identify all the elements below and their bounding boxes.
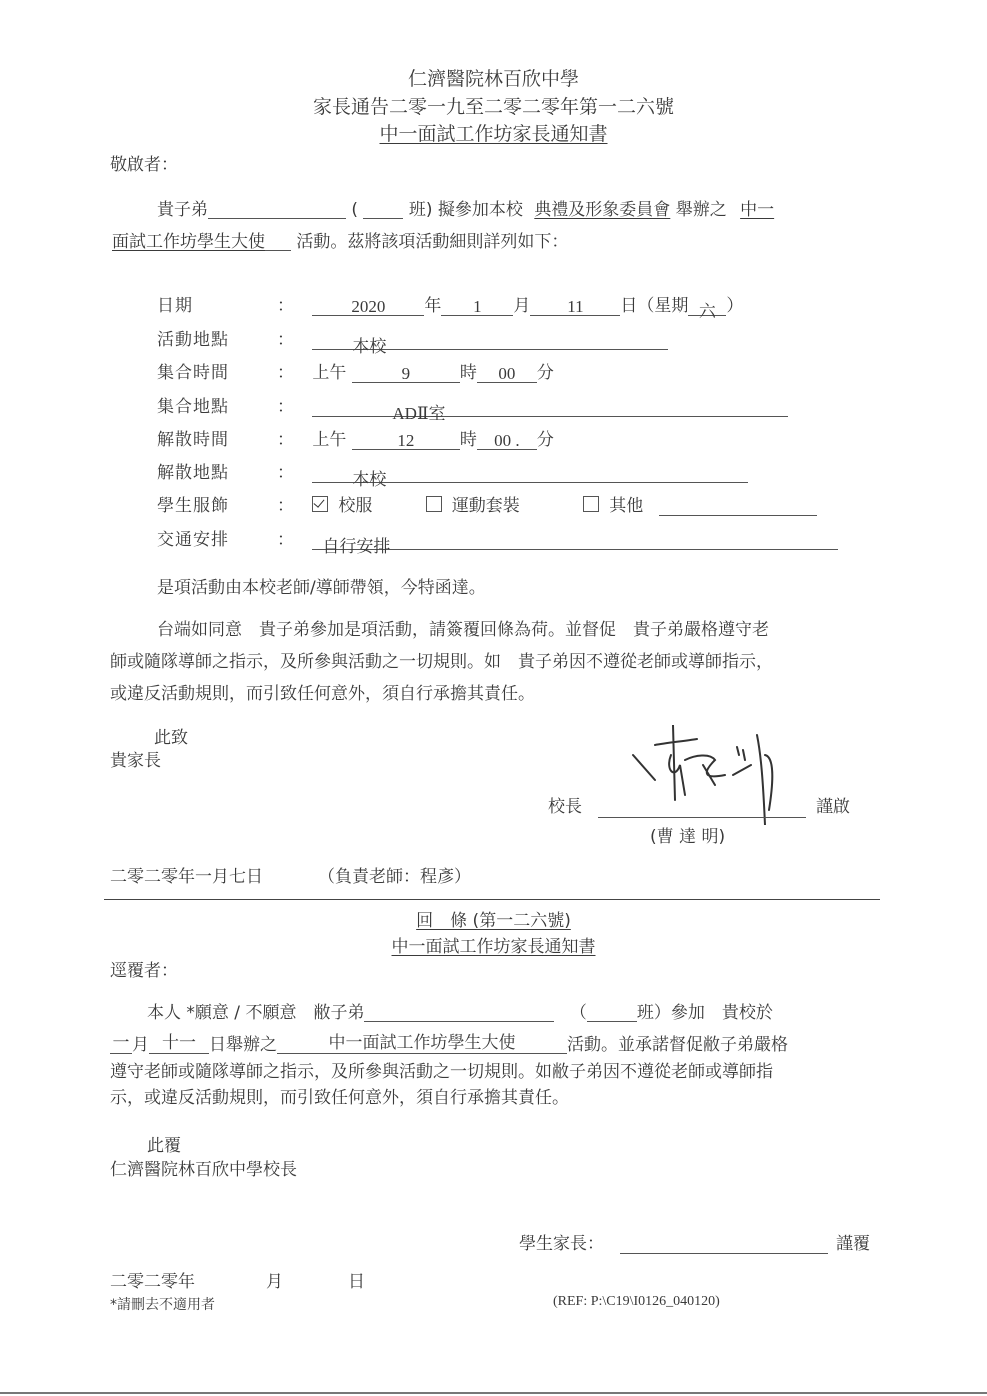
- tear-off-divider: [104, 899, 880, 900]
- reply-greeting: 逕覆者：: [110, 963, 178, 980]
- activity-blank: [265, 232, 291, 251]
- reply-line-2-rest: 活動。並承諾督促敝子弟嚴格: [567, 1035, 788, 1055]
- checkbox-checked-icon[interactable]: [312, 496, 328, 512]
- reply-class-suffix: 班）參加 貴校於: [637, 1003, 773, 1023]
- colon: ：: [277, 458, 307, 483]
- reply-title: 回 條 (第一二六號): [0, 913, 987, 930]
- year-unit: 年: [424, 296, 441, 316]
- reply-subtitle: 中一面試工作坊家長通知書: [0, 939, 987, 956]
- assembly-minute[interactable]: 00: [477, 364, 537, 383]
- date-close: ）: [726, 296, 743, 316]
- school-name: 仁濟醫院林百欣中學: [0, 70, 987, 89]
- hour-unit: 時: [460, 430, 477, 450]
- notice-date: 二零二零年一月七日: [110, 869, 263, 886]
- venue-label: 活動地點: [157, 325, 277, 350]
- principal-signature-icon: [625, 725, 795, 825]
- colon: ：: [277, 525, 307, 550]
- reply-line-1: 本人 *願意 / 不願意 敝子弟 （班）參加 貴校於: [147, 1003, 773, 1022]
- organizer: 典禮及形象委員會: [534, 200, 670, 220]
- attire-option-sportswear[interactable]: 運動套裝: [426, 496, 520, 516]
- assembly-hour[interactable]: 9: [352, 364, 460, 383]
- intro-prefix: 貴子弟: [157, 200, 208, 220]
- reply-day-unit: 日舉辦之: [209, 1035, 277, 1055]
- minute-unit: 分: [537, 430, 554, 450]
- date-year[interactable]: 2020: [312, 297, 424, 316]
- body-paragraph-2-line-2: 師或隨隊導師之指示，及所參與活動之一切規則。如 貴子弟因不遵從老師或導師指示，: [110, 654, 773, 671]
- detail-dismissal-place: 解散地點： 本校: [157, 458, 748, 483]
- detail-assembly-time: 集合時間： 上午 9時00分: [157, 358, 554, 383]
- colon: ：: [277, 392, 307, 417]
- assembly-time-label: 集合時間: [157, 358, 277, 383]
- closing-addressee: 貴家長: [110, 753, 161, 770]
- page-title-text: 中一面試工作坊家長通知書: [379, 123, 607, 145]
- checkbox-icon[interactable]: [583, 496, 599, 512]
- reply-line-4: 示，或違反活動規則，而引致任何意外，須自行承擔其責任。: [110, 1090, 569, 1107]
- detail-assembly-place: 集合地點： ADⅡ室: [157, 392, 788, 417]
- body-paragraph-2-line-3: 或違反活動規則，而引致任何意外，須自行承擔其責任。: [110, 686, 535, 703]
- notice-number: 家長通告二零一九至二零二零年第一二六號: [0, 98, 987, 117]
- reply-activity: 中一面試工作坊學生大使: [277, 1035, 567, 1054]
- dismissal-time-label: 解散時間: [157, 425, 277, 450]
- principal-label: 校長: [548, 799, 582, 816]
- date-label: 日期: [157, 291, 277, 316]
- reply-line-3: 遵守老師或隨隊導師之指示，及所參與活動之一切規則。如敝子弟因不遵從老師或導師指: [110, 1064, 773, 1081]
- parent-signature-field[interactable]: [620, 1253, 828, 1254]
- date-weekday[interactable]: 六: [688, 297, 726, 316]
- reply-salute: 此覆: [147, 1138, 181, 1155]
- colon: ：: [277, 325, 307, 350]
- attire-option-other[interactable]: 其他: [583, 496, 643, 516]
- page-bottom-edge: [0, 1392, 987, 1394]
- body-paragraph-2-line-1: 台端如同意 貴子弟參加是項活動，請簽覆回條為荷。並督促 貴子弟嚴格遵守老: [157, 622, 769, 639]
- intro-class-suffix: 班) 擬參加本校: [409, 200, 523, 220]
- attire-option-label: 校服: [338, 496, 372, 516]
- date-day[interactable]: 11: [530, 297, 620, 316]
- attire-option-label: 其他: [609, 496, 643, 516]
- reply-date-day: 日: [348, 1274, 365, 1291]
- principal-name: (曹 達 明): [650, 829, 725, 846]
- intro-held-by: 舉辦之: [676, 200, 727, 220]
- intro-line-2: 面試工作坊學生大使 活動。茲將該項活動細則詳列如下：: [112, 232, 568, 251]
- dismissal-ampm: 上午: [312, 430, 346, 450]
- reply-month-unit: 月: [132, 1035, 149, 1055]
- intro-suffix: 活動。茲將該項活動細則詳列如下：: [296, 232, 568, 252]
- reply-addressee: 仁濟醫院林百欣中學校長: [110, 1162, 297, 1179]
- dismissal-minute[interactable]: 00 .: [477, 431, 537, 450]
- transport-field[interactable]: 自行安排: [312, 532, 838, 550]
- dismissal-hour[interactable]: 12: [352, 431, 460, 450]
- reply-month: 一: [110, 1035, 132, 1054]
- minute-unit: 分: [537, 363, 554, 383]
- closing-salute: 此致: [154, 730, 188, 747]
- colon: ：: [277, 491, 307, 516]
- reply-title-text: 回 條 (第一二六號): [416, 911, 571, 931]
- body-paragraph-1: 是項活動由本校老師/導師帶領，今特函達。: [157, 580, 486, 597]
- principal-signature-line: [598, 817, 806, 818]
- detail-attire: 學生服飾： 校服 運動套裝 其他: [157, 491, 817, 516]
- colon: ：: [277, 358, 307, 383]
- reply-line-2: 一月十一日舉辦之中一面試工作坊學生大使活動。並承諾督促敝子弟嚴格: [110, 1035, 788, 1054]
- attire-other-field[interactable]: [659, 497, 817, 516]
- detail-date: 日期： 2020年1月11日（星期六）: [157, 291, 743, 316]
- month-unit: 月: [513, 296, 530, 316]
- parent-label: 學生家長：: [519, 1236, 604, 1253]
- activity-name-part2: 面試工作坊學生大使: [112, 232, 265, 252]
- intro-line-1: 貴子弟 ( 班) 擬參加本校 典禮及形象委員會 舉辦之 中一: [157, 200, 774, 219]
- reply-subtitle-text: 中一面試工作坊家長通知書: [392, 937, 596, 957]
- attire-label: 學生服飾: [157, 491, 277, 516]
- date-month[interactable]: 1: [441, 297, 513, 316]
- reference-code: (REF: P:\C19\I0126_040120): [553, 1295, 720, 1309]
- reply-paren: （: [570, 1003, 587, 1023]
- detail-venue: 活動地點： 本校: [157, 325, 668, 350]
- principal-respect: 謹啟: [816, 799, 850, 816]
- reply-class-field[interactable]: [587, 1003, 637, 1022]
- consent-choice[interactable]: 本人 *願意 / 不願意 敝子弟: [147, 1003, 364, 1023]
- hour-unit: 時: [460, 363, 477, 383]
- venue-field[interactable]: 本校: [312, 332, 668, 350]
- attire-option-label: 運動套裝: [452, 496, 520, 516]
- class-field[interactable]: [363, 200, 403, 219]
- colon: ：: [277, 291, 307, 316]
- dismissal-place-field[interactable]: 本校: [312, 465, 748, 483]
- reply-student-name-field[interactable]: [364, 1003, 554, 1022]
- student-name-field[interactable]: [208, 200, 346, 219]
- colon: ：: [277, 425, 307, 450]
- transport-label: 交通安排: [157, 525, 277, 550]
- assembly-place-label: 集合地點: [157, 392, 277, 417]
- reply-date-month: 月: [266, 1274, 283, 1291]
- parent-respect: 謹覆: [836, 1236, 870, 1253]
- reply-day: 十一: [149, 1035, 209, 1054]
- greeting: 敬啟者：: [110, 157, 178, 174]
- page-title: 中一面試工作坊家長通知書: [0, 125, 987, 144]
- reply-date-year: 二零二零年: [110, 1274, 195, 1291]
- intro-paren: (: [351, 200, 358, 220]
- checkbox-icon[interactable]: [426, 496, 442, 512]
- dismissal-place-label: 解散地點: [157, 458, 277, 483]
- activity-name-part1: 中一: [740, 200, 774, 220]
- responsible-teacher: （負責老師：程彥）: [318, 869, 471, 886]
- detail-dismissal-time: 解散時間： 上午 12時00 .分: [157, 425, 554, 450]
- day-unit: 日（星期: [620, 296, 688, 316]
- assembly-place-field[interactable]: ADⅡ室: [312, 399, 788, 417]
- detail-transport: 交通安排： 自行安排: [157, 525, 838, 550]
- assembly-ampm: 上午: [312, 363, 346, 383]
- footnote: *請刪去不適用者: [110, 1298, 215, 1312]
- attire-option-uniform[interactable]: 校服: [312, 496, 372, 516]
